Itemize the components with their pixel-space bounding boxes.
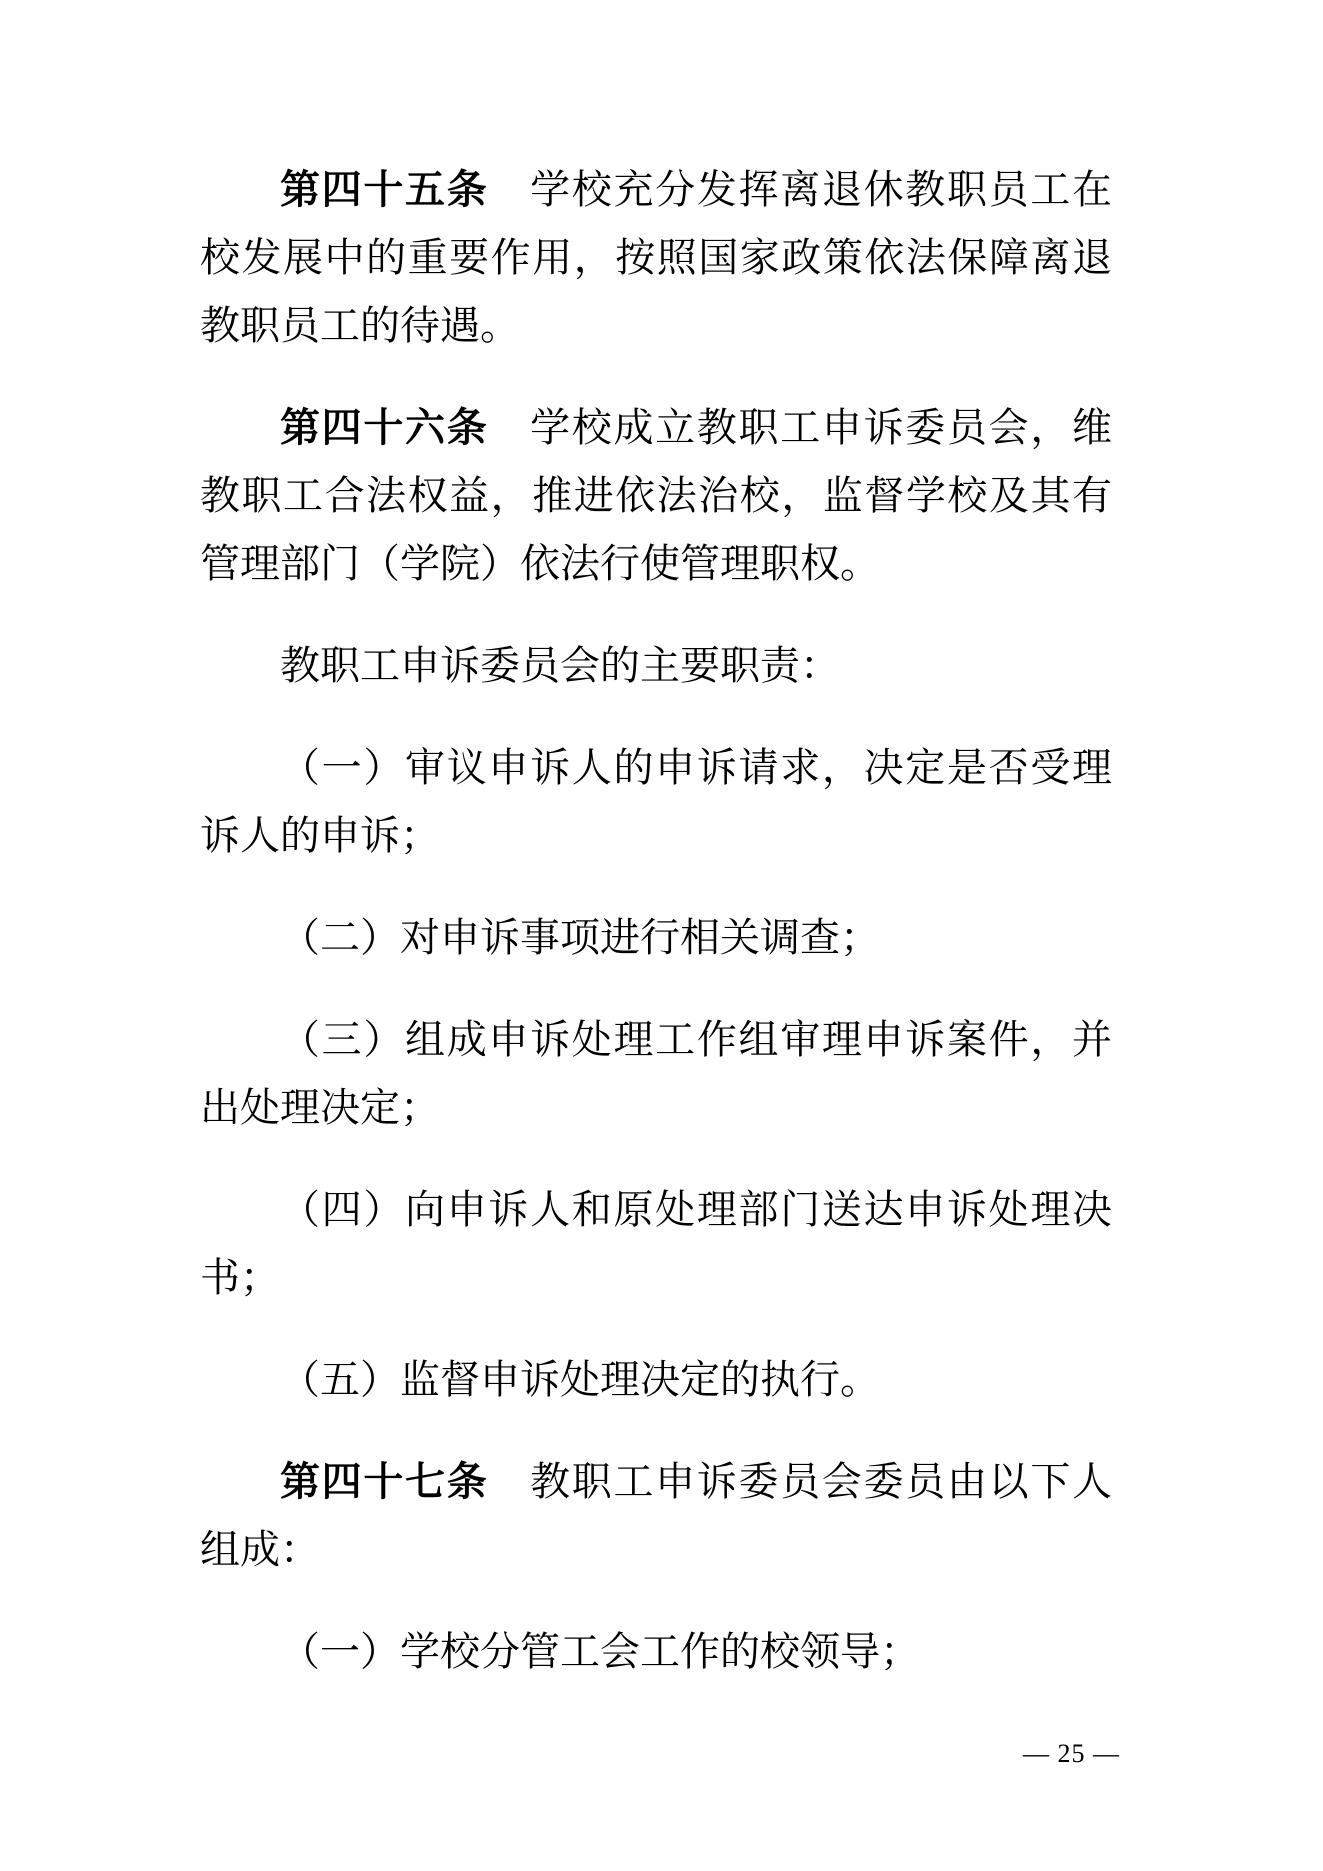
line-text: 教职员工的待遇。 [200,303,520,348]
text-line: 组成： [200,1516,1112,1584]
text-line: （一）审议申诉人的申诉请求，决定是否受理申 [200,734,1112,802]
line-text: （一）审议申诉人的申诉请求，决定是否受理申 [200,745,1112,802]
text-line: 诉人的申诉； [200,802,1112,870]
line-text: 校发展中的重要作用，按照国家政策依法保障离退休 [200,235,1112,292]
document-body: 第四十五条 学校充分发挥离退休教职员工在学 校发展中的重要作用，按照国家政策依法… [200,156,1112,1686]
document-page: 第四十五条 学校充分发挥离退休教职员工在学 校发展中的重要作用，按照国家政策依法… [0,0,1323,1871]
line-text: 书； [200,1255,280,1300]
text-line: 校发展中的重要作用，按照国家政策依法保障离退休 [200,224,1112,292]
text-line: 第四十七条 教职工申诉委员会委员由以下人员 [200,1448,1112,1516]
text-line: 教职员工的待遇。 [200,292,1112,360]
line-text: （五）监督申诉处理决定的执行。 [280,1357,880,1402]
line-text: （一）学校分管工会工作的校领导； [280,1629,920,1674]
line-text: 诉人的申诉； [200,813,440,858]
text-line: （四）向申诉人和原处理部门送达申诉处理决定 [200,1176,1112,1244]
line-text: 管理部门（学院）依法行使管理职权。 [200,541,880,586]
line-text: （四）向申诉人和原处理部门送达申诉处理决定 [200,1187,1112,1244]
article-number: 第四十七条 [280,1459,488,1504]
line-text: （二）对申诉事项进行相关调查； [280,915,880,960]
line-text: （三）组成申诉处理工作组审理申诉案件，并作 [200,1017,1112,1074]
text-line: 教职工合法权益，推进依法治校，监督学校及其有关 [200,462,1112,530]
line-text: 教职工合法权益，推进依法治校，监督学校及其有关 [200,473,1112,530]
text-line: 教职工申诉委员会的主要职责： [200,632,1112,700]
text-line: 出处理决定； [200,1074,1112,1142]
article-number: 第四十六条 [280,405,488,450]
line-text: 组成： [200,1527,320,1572]
line-text: 出处理决定； [200,1085,440,1130]
text-line: 管理部门（学院）依法行使管理职权。 [200,530,1112,598]
text-line: （一）学校分管工会工作的校领导； [200,1618,1112,1686]
text-line: （五）监督申诉处理决定的执行。 [200,1346,1112,1414]
text-line: （二）对申诉事项进行相关调查； [200,904,1112,972]
text-line: （三）组成申诉处理工作组审理申诉案件，并作 [200,1006,1112,1074]
line-text: 教职工申诉委员会的主要职责： [280,643,840,688]
text-line: 第四十五条 学校充分发挥离退休教职员工在学 [200,156,1112,224]
article-number: 第四十五条 [280,167,488,212]
text-line: 书； [200,1244,1112,1312]
page-number: — 25 — [1023,1736,1120,1772]
text-line: 第四十六条 学校成立教职工申诉委员会，维护 [200,394,1112,462]
